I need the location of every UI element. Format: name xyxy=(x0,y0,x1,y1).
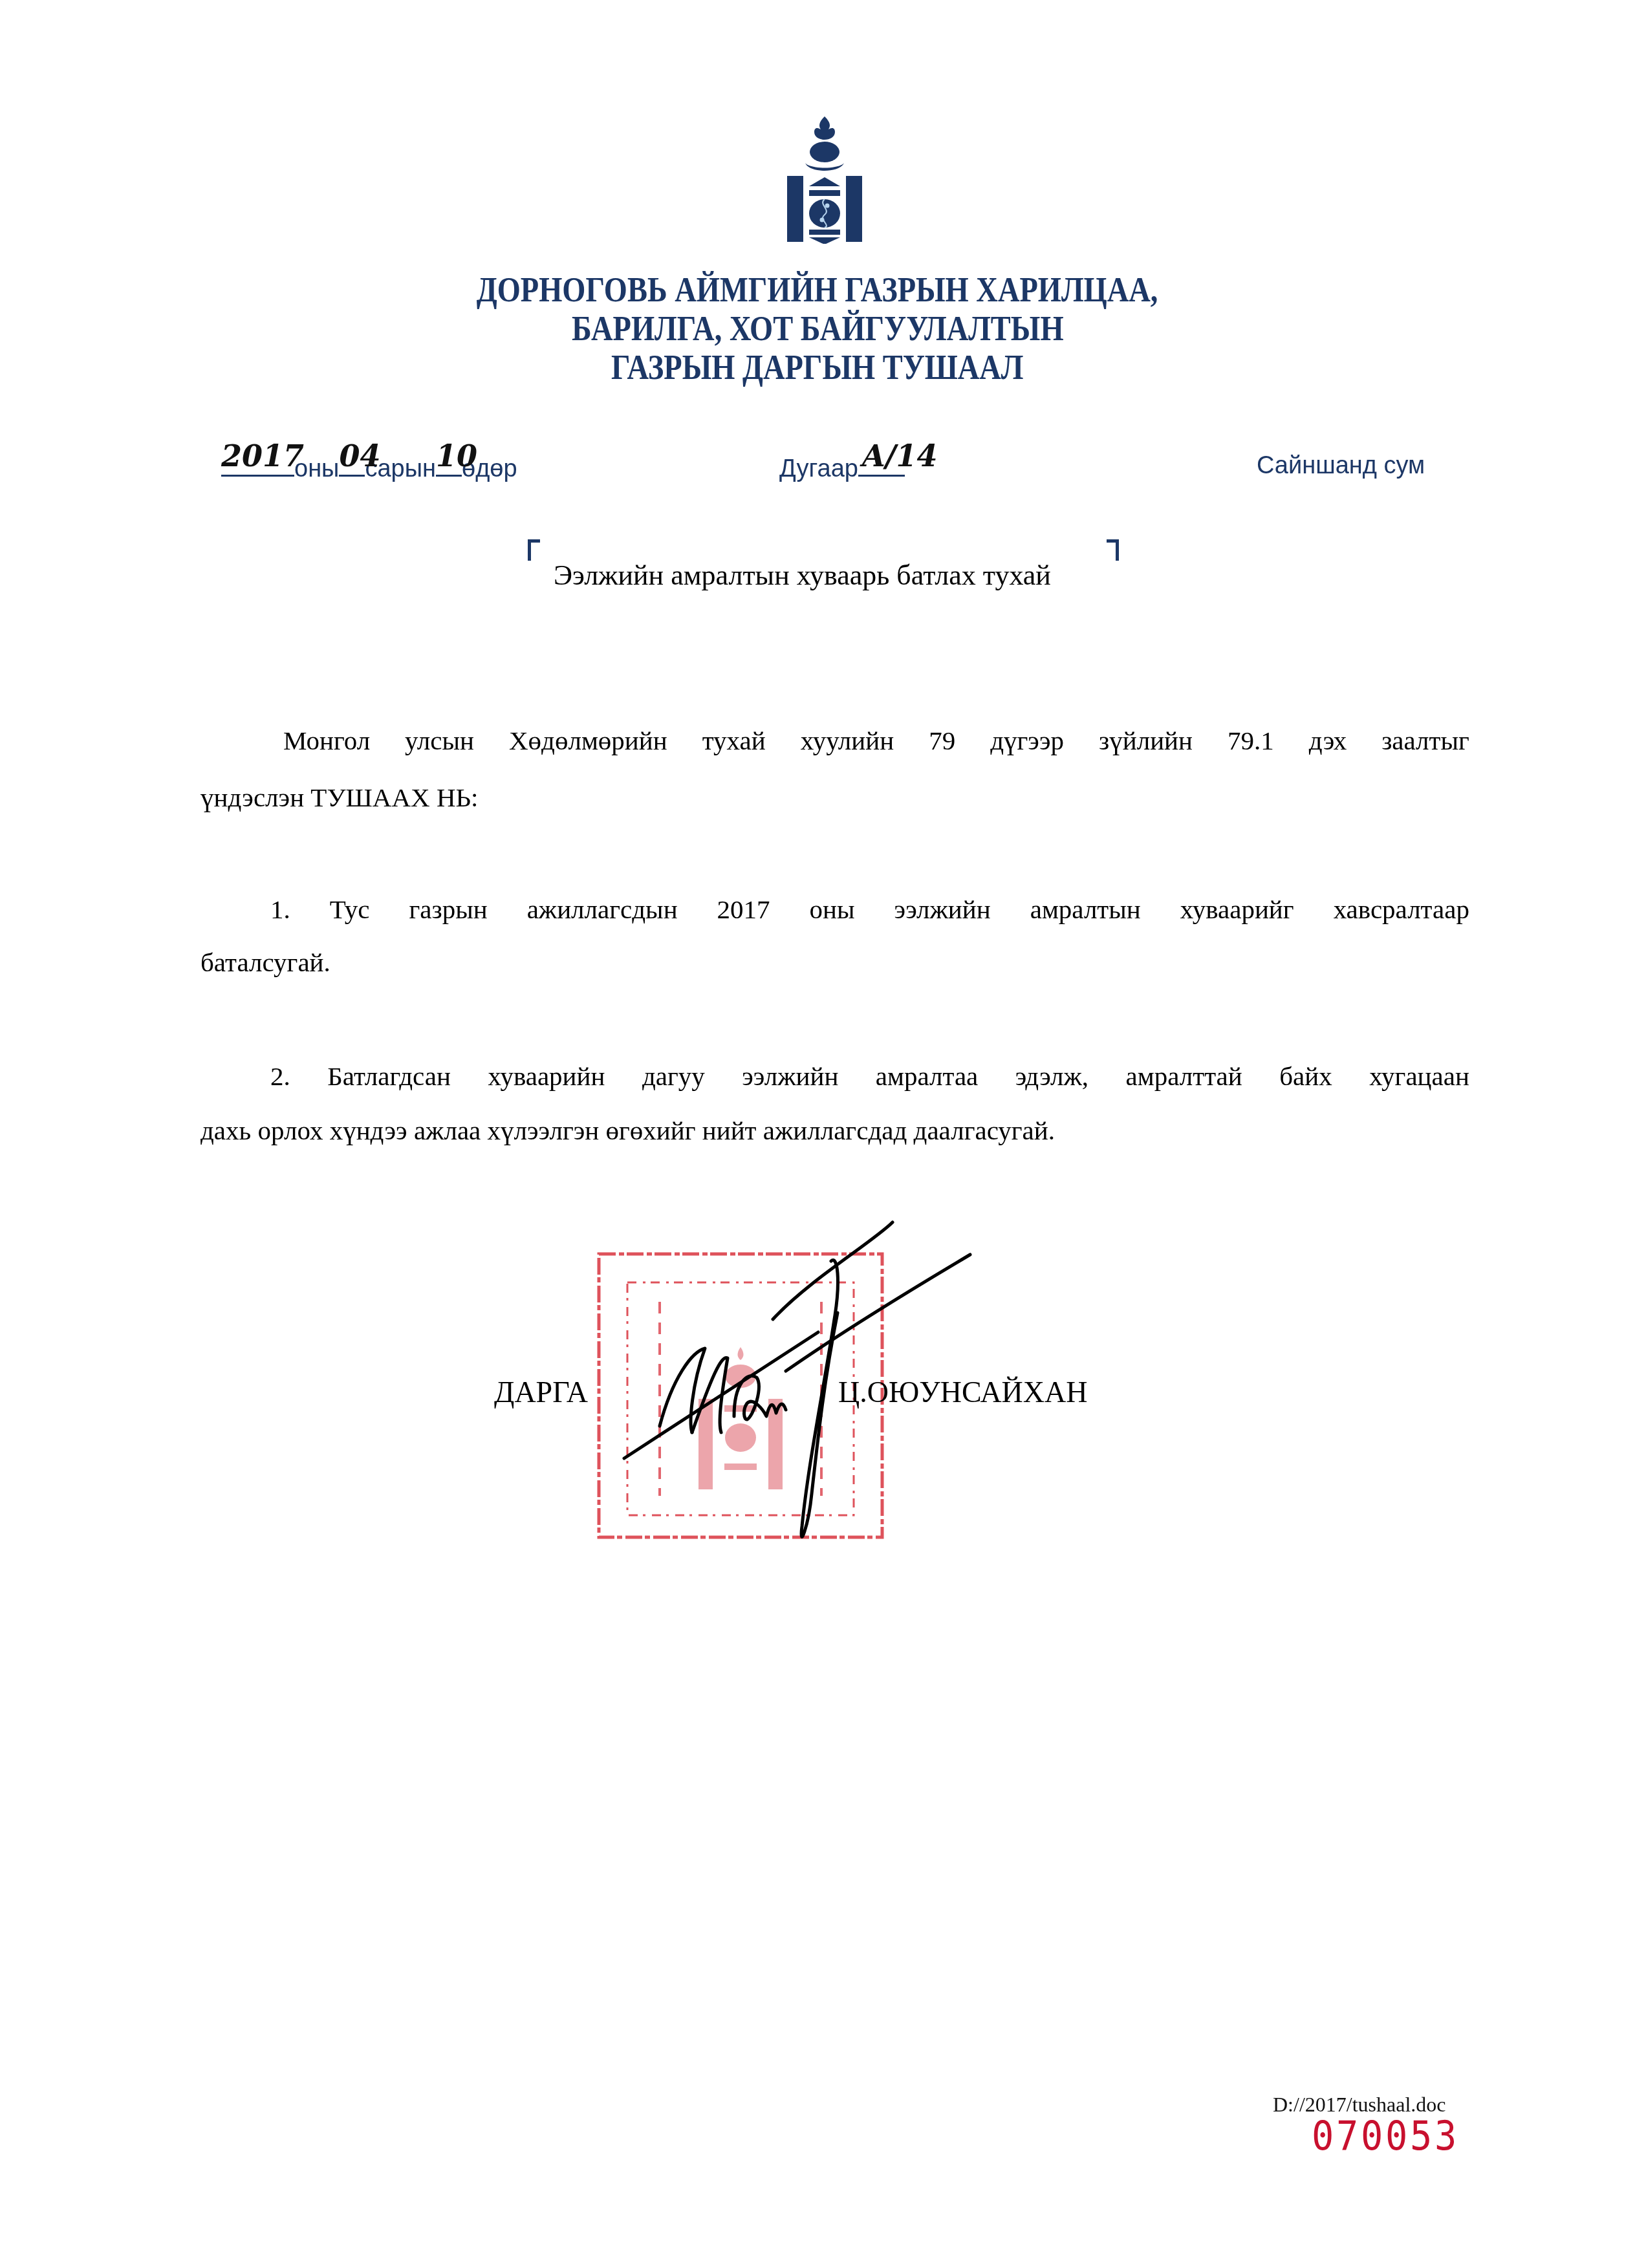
date-field: 2017 оны 04 сарын 10 өдөр xyxy=(221,453,517,482)
handwritten-signature xyxy=(614,1216,1028,1552)
preamble-line-2: үндэслэн ТУШААХ НЬ: xyxy=(200,783,1469,812)
item-1-line-2: баталсугай. xyxy=(200,947,1469,977)
day-blank: 10 xyxy=(436,453,462,477)
number-label: Дугаар xyxy=(779,455,858,482)
header-title-text: ГАЗРЫН ДАРГЫН ТУШААЛ xyxy=(611,348,1024,387)
header-title-text: БАРИЛГА, ХОТ БАЙГУУЛАЛТЫН xyxy=(572,309,1064,348)
number-blank: A/14 xyxy=(858,453,905,477)
item-1-text: баталсугай. xyxy=(200,947,330,977)
handwritten-day: 10 xyxy=(436,441,462,471)
item-1-text: 1.Тусгазрынажиллагсдын2017оныээлжийнамра… xyxy=(270,894,1469,924)
item-2-line-2: дахь орлох хүндээ ажлаа хүлээлгэн өгөхий… xyxy=(200,1116,1469,1145)
bracket-left-icon xyxy=(528,539,540,561)
document-number-field: Дугаар A/14 xyxy=(779,453,905,482)
bracket-right-icon xyxy=(1107,539,1119,561)
item-2-text: дахь орлох хүндээ ажлаа хүлээлгэн өгөхий… xyxy=(200,1116,1055,1145)
place-label: Сайншанд сум xyxy=(1257,453,1425,479)
preamble-line-1: МонголулсынХөдөлмөрийнтухайхуулийн79дүгэ… xyxy=(283,726,1469,755)
header-title-text: ДОРНОГОВЬ АЙМГИЙН ГАЗРЫН ХАРИЛЦАА, xyxy=(477,270,1158,309)
header-title-line-2: БАРИЛГА, ХОТ БАЙГУУЛАЛТЫН xyxy=(0,309,1635,348)
subject-title: Ээлжийн амралтын хуваарь батлах тухай xyxy=(554,560,1051,591)
soyombo-emblem-icon xyxy=(779,111,870,244)
handwritten-month: 04 xyxy=(339,441,365,471)
header-title-line-3: ГАЗРЫН ДАРГЫН ТУШААЛ xyxy=(0,348,1635,387)
header-title-line-1: ДОРНОГОВЬ АЙМГИЙН ГАЗРЫН ХАРИЛЦАА, xyxy=(0,270,1635,309)
item-2-line-1: 2.Батлагдсанхуваарийндагууээлжийнамралта… xyxy=(270,1061,1469,1091)
preamble-text: үндэслэн ТУШААХ НЬ: xyxy=(200,783,478,812)
item-2-text: 2.Батлагдсанхуваарийндагууээлжийнамралта… xyxy=(270,1061,1469,1091)
item-1-line-1: 1.Тусгазрынажиллагсдын2017оныээлжийнамра… xyxy=(270,894,1469,924)
month-blank: 04 xyxy=(339,453,365,477)
handwritten-year: 2017 xyxy=(221,441,294,471)
year-blank: 2017 xyxy=(221,453,294,477)
document-page: ДОРНОГОВЬ АЙМГИЙН ГАЗРЫН ХАРИЛЦАА, БАРИЛ… xyxy=(0,0,1635,2268)
serial-number: 070053 xyxy=(1312,2116,1459,2156)
preamble-text: МонголулсынХөдөлмөрийнтухайхуулийн79дүгэ… xyxy=(283,726,1469,755)
handwritten-number: A/14 xyxy=(862,441,959,471)
signatory-title: ДАРГА xyxy=(494,1376,588,1409)
